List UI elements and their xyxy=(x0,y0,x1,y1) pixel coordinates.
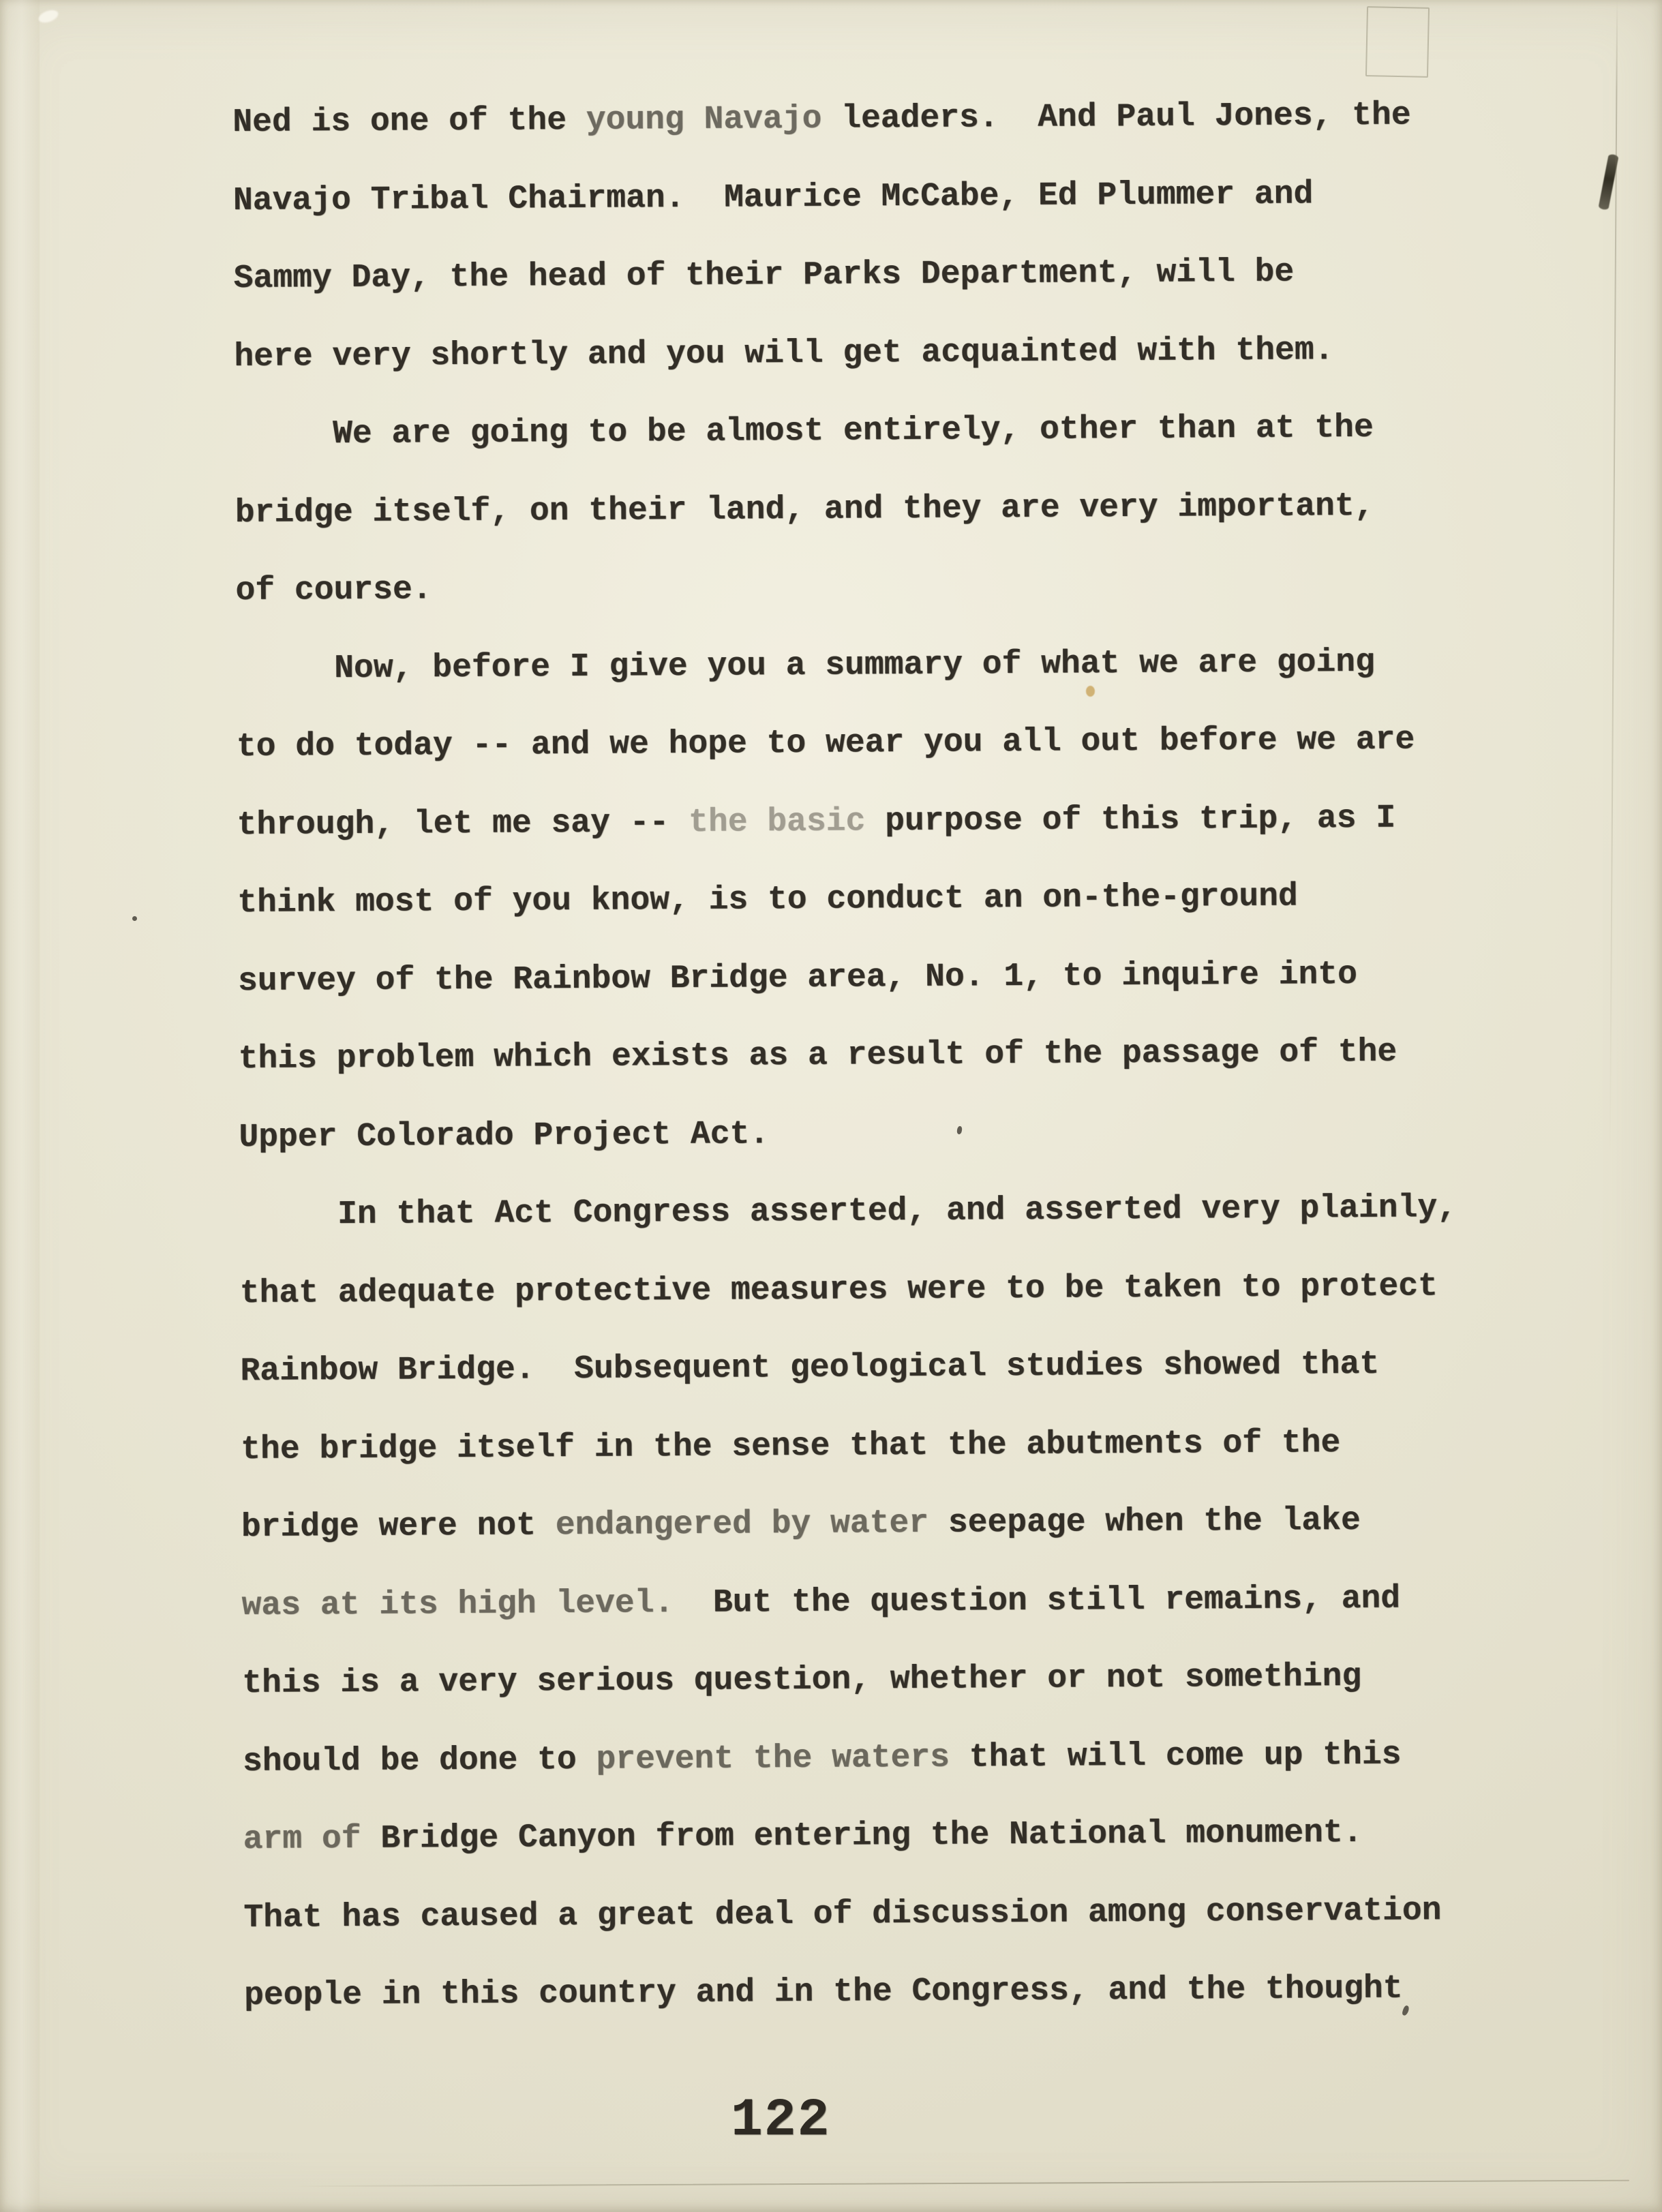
text-line: people in this country and in the Congre… xyxy=(244,1949,1540,2035)
text-line: In that Act Congress asserted, and asser… xyxy=(239,1168,1535,1254)
page-number: 122 xyxy=(731,2094,830,2147)
text-line: bridge itself, on their land, and they a… xyxy=(235,466,1530,552)
pencil-box-mark xyxy=(1365,6,1430,78)
text-line: should be done to prevent the waters tha… xyxy=(243,1715,1539,1801)
page-edge xyxy=(0,0,40,2212)
text-line: the bridge itself in the sense that the … xyxy=(241,1403,1537,1489)
text-line: was at its high level. But the question … xyxy=(241,1559,1537,1645)
document-page: Ned is one of the young Navajo leaders. … xyxy=(0,0,1662,2212)
pencil-line-mark xyxy=(293,2180,1629,2187)
text-line: Sammy Day, the head of their Parks Depar… xyxy=(233,232,1529,318)
text-line: to do today -- and we hope to wear you a… xyxy=(237,700,1532,786)
stain-dot xyxy=(1086,686,1095,697)
text-line: That has caused a great deal of discussi… xyxy=(243,1871,1539,1957)
text-line: of course. xyxy=(235,544,1531,630)
text-line: Now, before I give you a summary of what… xyxy=(236,622,1532,708)
text-line: Ned is one of the young Navajo leaders. … xyxy=(232,76,1528,162)
text-line: that adequate protective measures were t… xyxy=(239,1247,1535,1333)
text-line: this problem which exists as a result of… xyxy=(238,1012,1534,1098)
text-line: Rainbow Bridge. Subsequent geological st… xyxy=(240,1324,1536,1410)
text-line: We are going to be almost entirely, othe… xyxy=(235,388,1530,474)
text-line: arm of Bridge Canyon from entering the N… xyxy=(243,1793,1539,1879)
text-line: through, let me say -- the basic purpose… xyxy=(237,778,1532,864)
paper-scratch xyxy=(37,7,60,25)
text-line: Navajo Tribal Chairman. Maurice McCabe, … xyxy=(233,154,1529,240)
text-line: think most of you know, is to conduct an… xyxy=(237,856,1533,942)
text-line: bridge were not endangered by water seep… xyxy=(241,1481,1537,1566)
text-block: Ned is one of the young Navajo leaders. … xyxy=(232,76,1539,2035)
text-line: survey of the Rainbow Bridge area, No. 1… xyxy=(238,935,1534,1020)
text-line: Upper Colorado Project Act. xyxy=(239,1091,1535,1177)
text-line: here very shortly and you will get acqua… xyxy=(234,310,1530,396)
ink-speck xyxy=(132,916,137,921)
text-line: this is a very serious question, whether… xyxy=(242,1637,1538,1723)
